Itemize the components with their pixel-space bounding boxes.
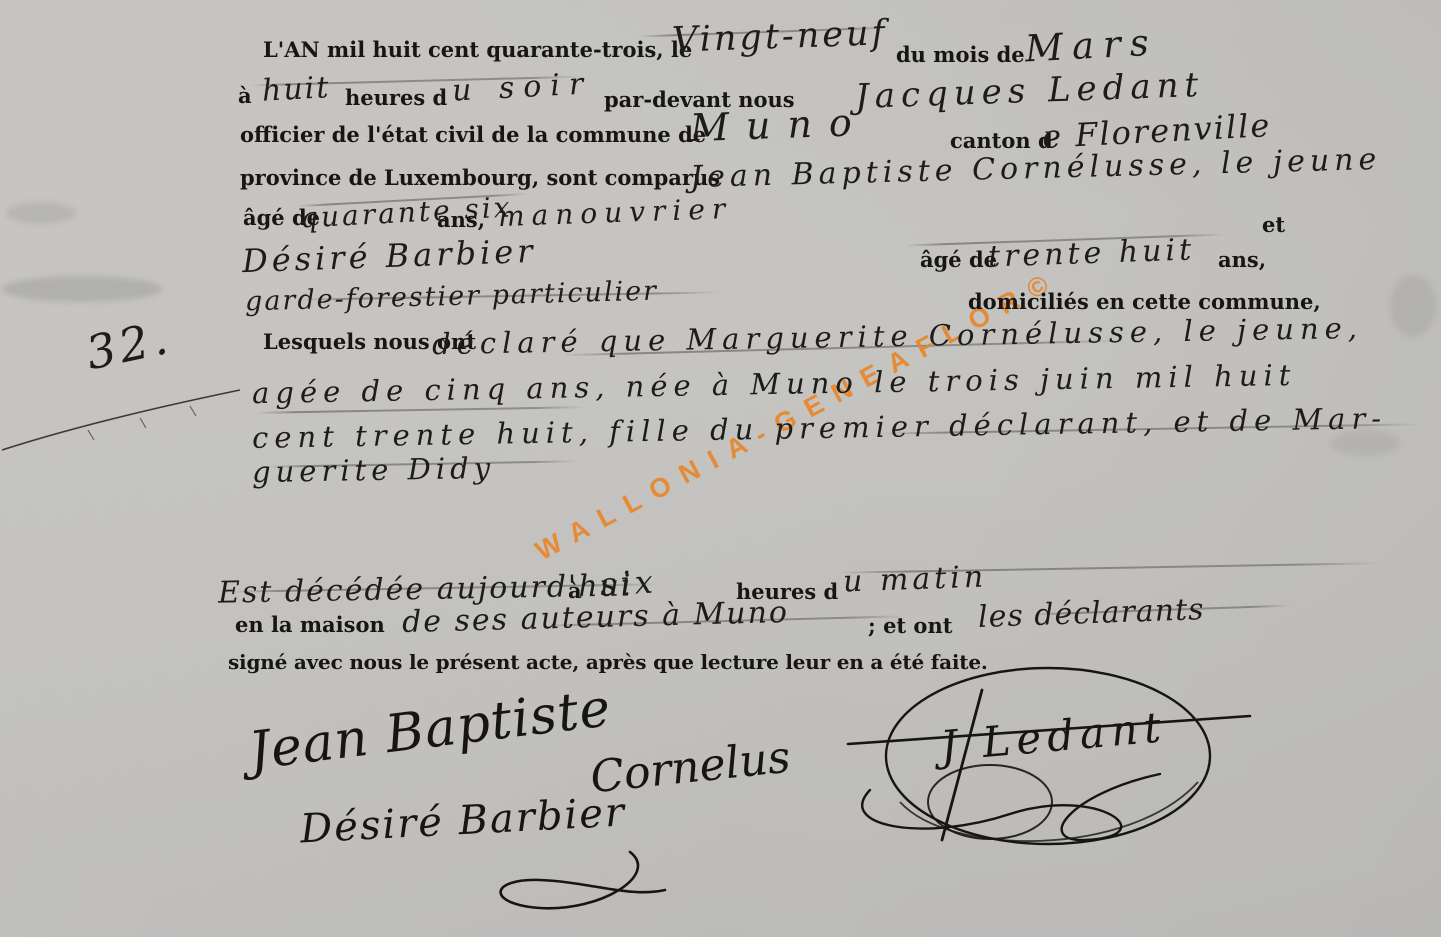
handwritten-declarant2: Désiré Barbier (241, 232, 537, 280)
handwritten-commune: Muno (689, 100, 869, 150)
printed-domicile-phrase: domiciliés en cette commune, (968, 289, 1321, 314)
margin-flourish-curve (0, 378, 250, 478)
printed-ans-label-2: ans, (1218, 247, 1266, 272)
bleedthrough-smudge (6, 202, 76, 224)
printed-heures-label: heures d (345, 85, 447, 110)
margin-act-number: 32. (81, 310, 176, 381)
bleedthrough-smudge (1390, 275, 1436, 337)
handwritten-month: Mars (1024, 21, 1159, 71)
signature-flourish (430, 850, 690, 920)
handwritten-death-time-of-day: u matin (842, 559, 987, 599)
handwritten-age2: trente huit (987, 232, 1195, 274)
printed-house-label: en la maison (235, 612, 385, 637)
printed-month-label: du mois de (896, 42, 1025, 67)
handwritten-hour: huit (261, 70, 331, 109)
officer-signature-flourish (830, 652, 1270, 882)
printed-province-phrase: province de Luxembourg, sont comparus (240, 165, 720, 190)
printed-et-label: et (1262, 212, 1285, 237)
printed-commune-phrase: officier de l'état civil de la commune d… (240, 122, 706, 147)
handwritten-occupation2: garde-forestier particulier (245, 276, 659, 318)
printed-at-label-2: à (568, 578, 582, 603)
handwritten-officer-name: Jacques Ledant (854, 65, 1204, 117)
handwritten-time-of-day: u soir (451, 66, 593, 108)
printed-year-phrase: L'AN mil huit cent quarante-trois, le (263, 37, 692, 62)
signature-declarant1-first-names: Jean Baptiste (246, 678, 615, 782)
handwritten-deceased-details-1: agée de cinq ans, née à Muno le trois ju… (252, 358, 1297, 410)
bleedthrough-smudge (2, 276, 162, 302)
printed-ans-label: ans, (437, 207, 485, 232)
printed-age-label-2: âgé de (920, 247, 997, 272)
handwritten-signers-ref: les déclarants (977, 592, 1205, 635)
printed-at-label: à (238, 83, 252, 108)
civil-register-death-act-page: WALLONIA-GENEAFLOR© 32. L'AN mil huit ce… (0, 0, 1441, 937)
handwritten-day: Vingt-neuf (671, 13, 888, 60)
handwritten-deceased-details-3: guerite Didy (252, 451, 496, 489)
printed-canton-label: canton d (950, 128, 1053, 153)
signature-declarant2: Désiré Barbier (299, 789, 627, 852)
printed-et-ont-label: ; et ont (868, 613, 952, 638)
handwritten-death-hour: six (599, 563, 658, 604)
handwritten-occupation1: manouvrier (497, 192, 732, 233)
